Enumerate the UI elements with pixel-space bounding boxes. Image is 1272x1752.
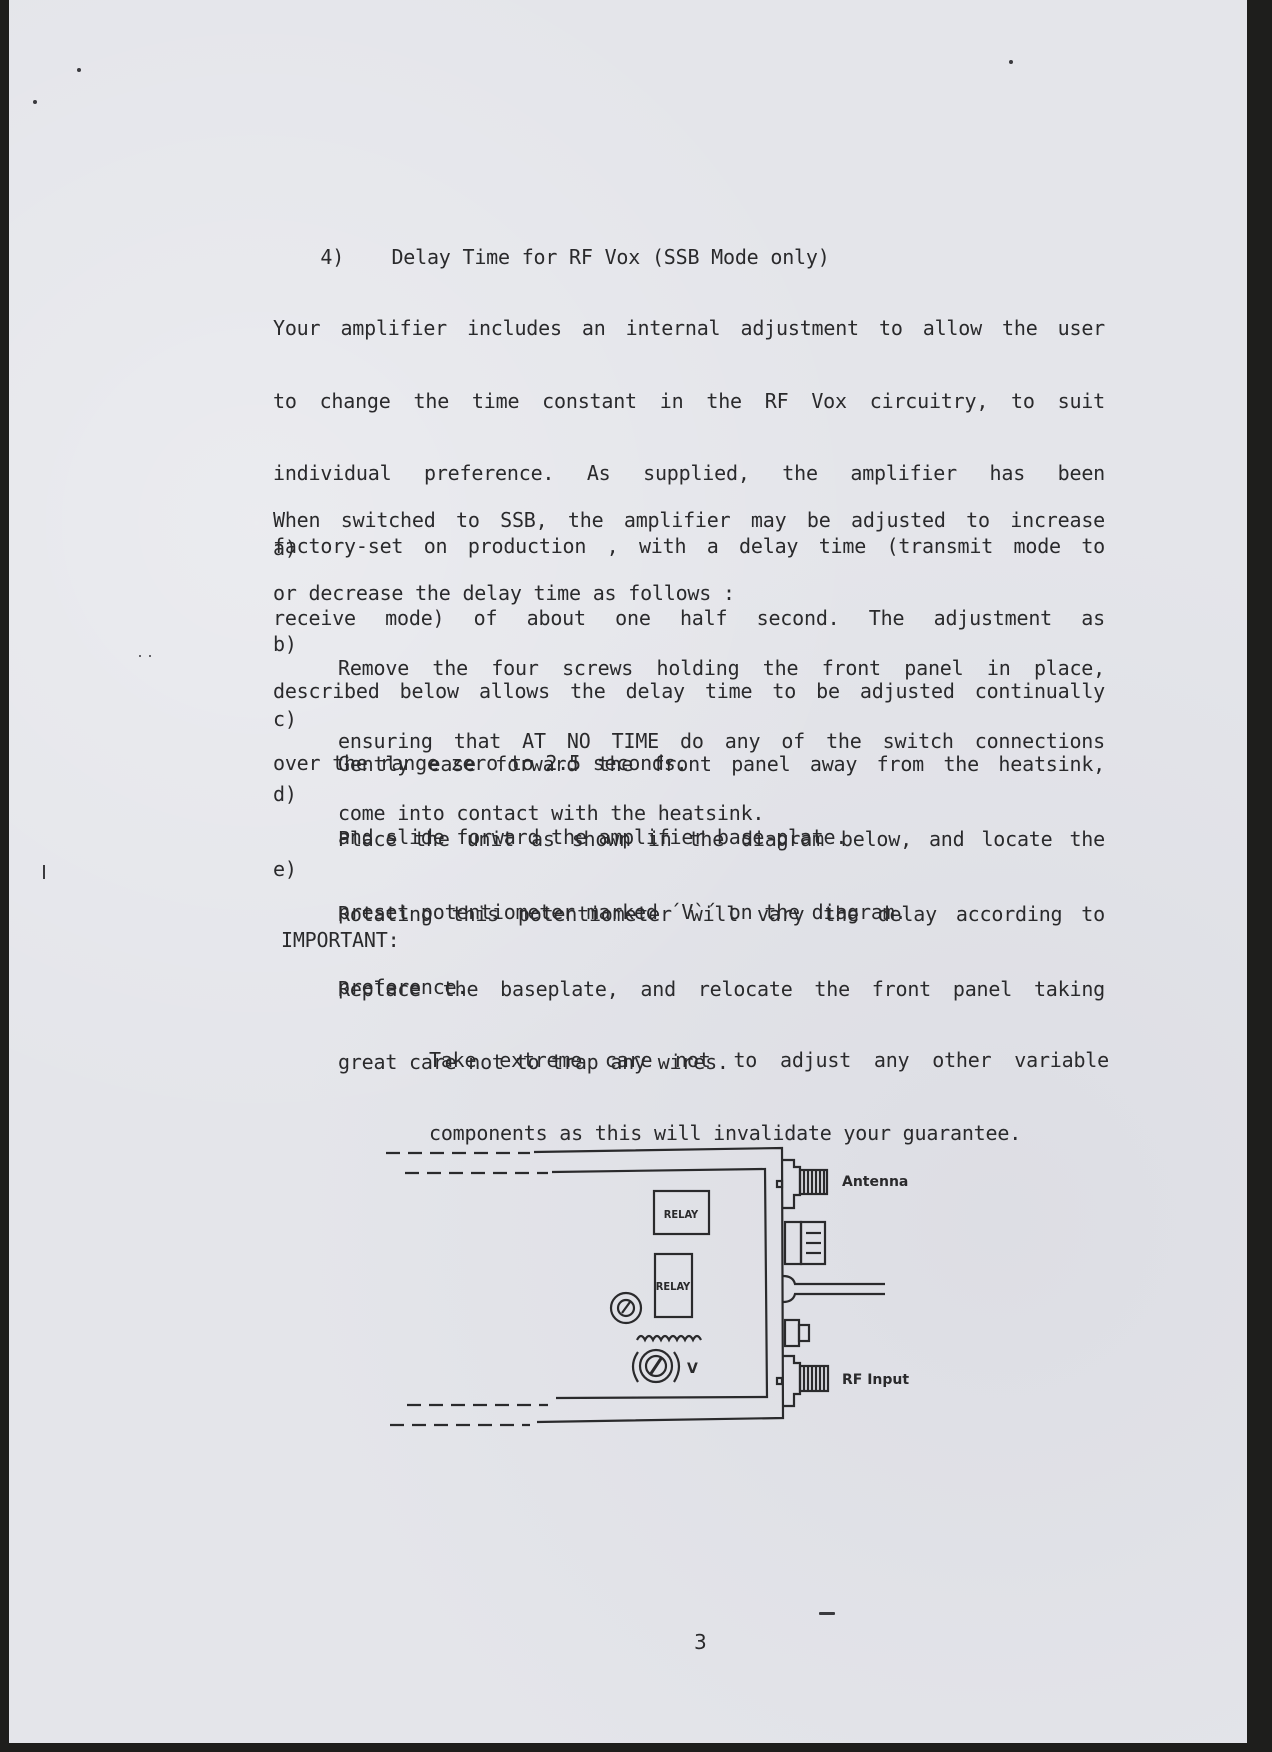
scan-speck <box>1009 60 1013 64</box>
socket-body <box>785 1222 801 1264</box>
section-number: 4) <box>320 245 344 269</box>
rf-input-label: RF Input <box>842 1372 909 1388</box>
step-a: a) Remove the four screws holding the fr… <box>273 536 1105 632</box>
antenna-label: Antenna <box>842 1174 908 1190</box>
scan-speck <box>43 865 45 879</box>
paragraph-line: Your amplifier includes an internal adju… <box>273 316 1105 341</box>
important-note: IMPORTANT: Take extreme care not to adju… <box>281 928 1109 1024</box>
scanned-page: 4) Delay Time for RF Vox (SSB Mode only)… <box>9 0 1247 1743</box>
paragraph-line: to change the time constant in the RF Vo… <box>273 389 1105 414</box>
rotation-arrow-right <box>674 1352 679 1382</box>
page-number: 3 <box>694 1630 707 1654</box>
scan-speck <box>77 68 81 72</box>
antenna-connector-fins <box>804 1170 824 1194</box>
stub-connector-body <box>785 1320 799 1346</box>
antenna-connector-body <box>783 1160 800 1208</box>
cable-top <box>783 1276 885 1284</box>
amplifier-diagram-svg: RELAY RELAY V Antenna RF Input <box>380 1130 980 1450</box>
stub-connector-tip <box>799 1325 809 1341</box>
scan-speck <box>139 655 141 657</box>
amplifier-diagram: RELAY RELAY V Antenna RF Input <box>380 1130 980 1450</box>
step-marker: b) <box>273 632 297 657</box>
important-line: Take extreme care not to adjust any othe… <box>429 1048 1109 1073</box>
step-marker: c) <box>273 707 297 732</box>
rf-input-connector-body <box>783 1356 800 1406</box>
scan-speck <box>819 1612 835 1615</box>
potentiometer-v-slot <box>650 1357 662 1375</box>
small-trimmer-slot <box>622 1302 630 1313</box>
relay-top-label: RELAY <box>664 1208 699 1221</box>
antenna-connector-tab <box>777 1181 782 1187</box>
rotation-arrow-left <box>633 1352 638 1382</box>
step-marker: d) <box>273 782 297 807</box>
step-marker: e) <box>273 857 297 882</box>
rf-input-connector-tab <box>777 1378 782 1384</box>
section-title: Delay Time for RF Vox (SSB Mode only) <box>391 245 829 269</box>
relay-side-label: RELAY <box>656 1280 691 1293</box>
scan-speck <box>149 655 151 657</box>
step-marker: a) <box>273 536 297 561</box>
important-label: IMPORTANT: <box>281 928 399 953</box>
potentiometer-v-label: V <box>687 1361 698 1377</box>
scan-speck <box>33 100 37 104</box>
cable-bottom <box>783 1294 885 1302</box>
rf-input-connector-fins <box>804 1366 824 1391</box>
paragraph-line: When switched to SSB, the amplifier may … <box>273 508 1105 533</box>
coil <box>637 1336 701 1340</box>
